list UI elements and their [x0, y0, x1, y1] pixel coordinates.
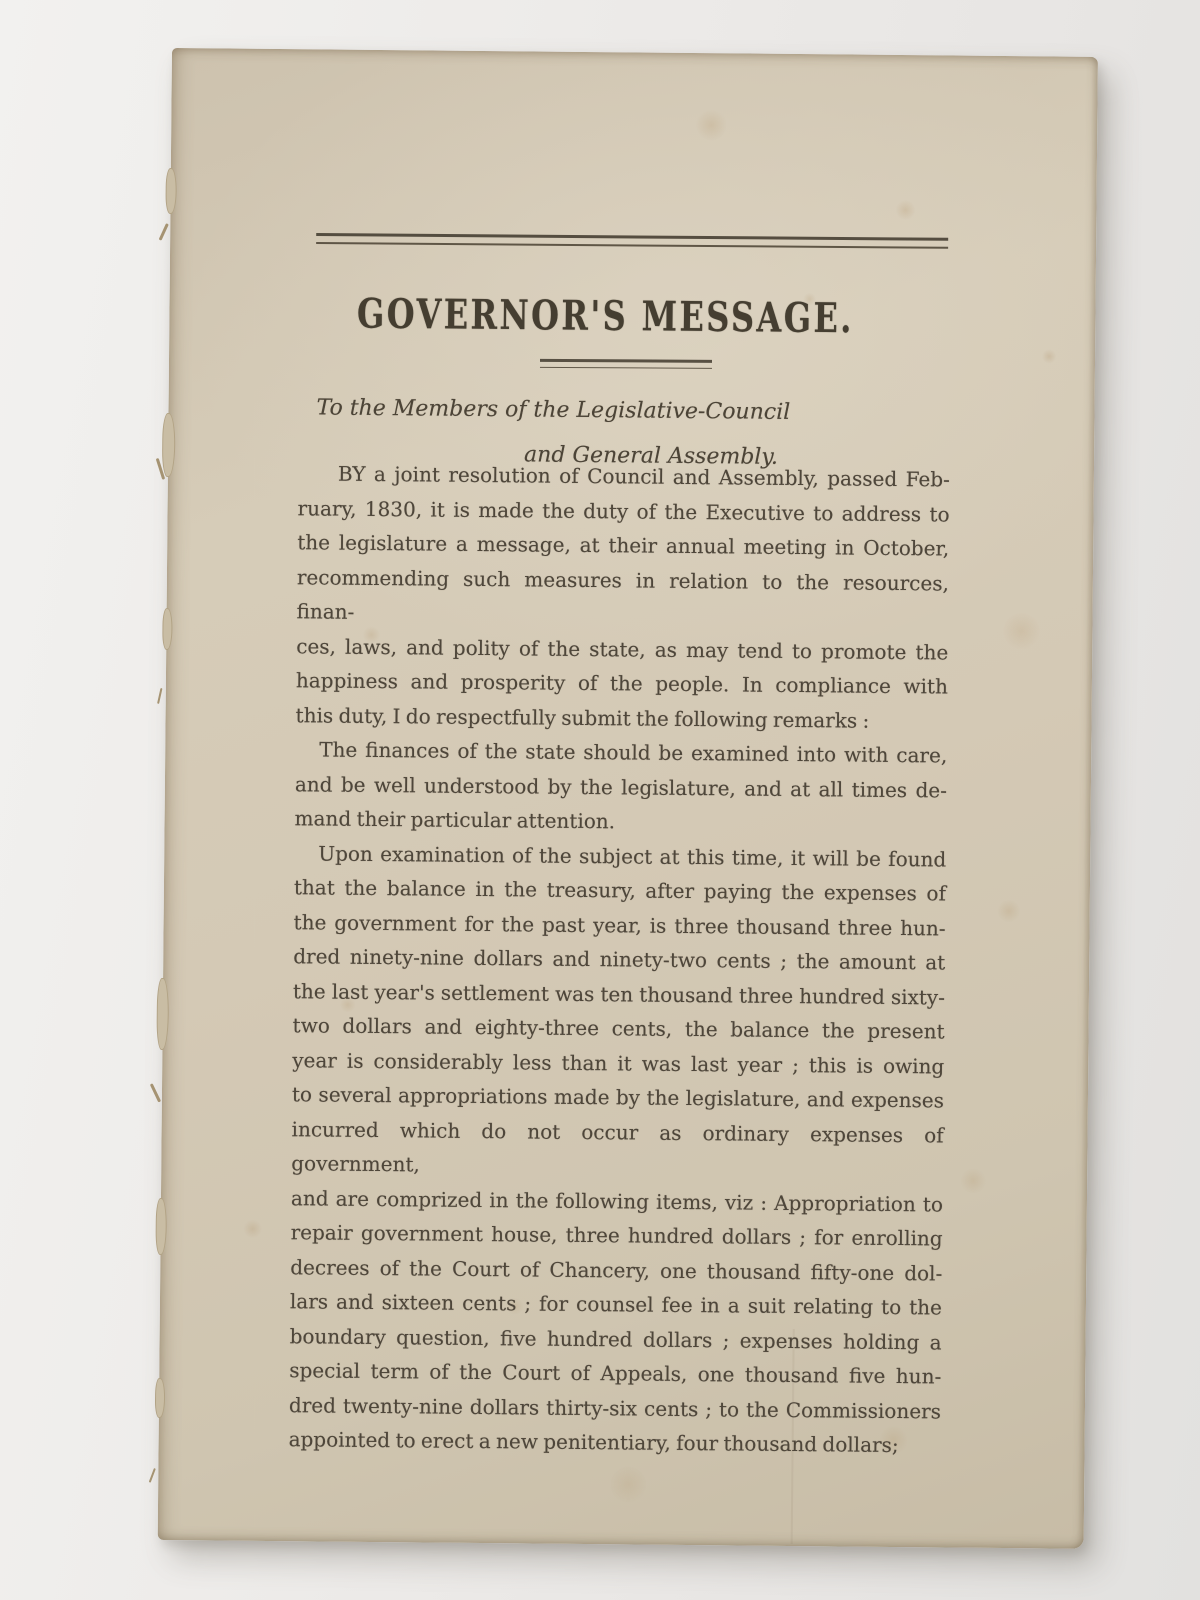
binding-thread — [149, 1468, 156, 1483]
frayed-edge-bump — [165, 168, 176, 214]
photo-backdrop: GOVERNOR'S MESSAGE. To the Members of th… — [0, 0, 1200, 1600]
body-line: two dollars and eighty-three cents, the … — [292, 1008, 944, 1049]
binding-thread — [150, 1083, 161, 1102]
body-line: appointed to erect a new penitentiary, f… — [288, 1422, 940, 1463]
frayed-edge-bump — [155, 1198, 167, 1255]
paragraph: The finances of the state should be exam… — [294, 732, 947, 842]
frayed-edge-bump — [162, 608, 172, 650]
body-line: the legislature a message, at their annu… — [297, 525, 949, 566]
body-line: special term of the Court of Appeals, on… — [289, 1353, 941, 1394]
body-line: recommending such measures in relation t… — [296, 560, 949, 635]
body-line: that the balance in the treasury, after … — [294, 870, 946, 911]
pamphlet-page: GOVERNOR'S MESSAGE. To the Members of th… — [158, 48, 1098, 1549]
body-line: mand their particular attention. — [294, 801, 946, 842]
body-line: happiness and prosperity of the people. … — [296, 663, 948, 704]
frayed-edge-bump — [156, 978, 169, 1050]
paragraph: Upon examination of the subject at this … — [288, 836, 946, 1463]
paragraph: BY a joint resolution of Council and Ass… — [295, 456, 950, 738]
binding-thread — [157, 688, 162, 704]
salutation-line-1: To the Members of the Legislative-Counci… — [298, 385, 950, 436]
body-line: repair government house, three hundred d… — [290, 1215, 942, 1256]
document-body: BY a joint resolution of Council and Ass… — [288, 456, 950, 1463]
title-underline-double-rule — [540, 359, 712, 369]
body-line: lars and sixteen cents ; for counsel fee… — [290, 1284, 942, 1325]
body-line: dred ninety-nine dollars and ninety-two … — [293, 939, 945, 980]
body-line: incurred which do not occur as ordinary … — [291, 1112, 944, 1187]
body-line: BY a joint resolution of Council and Ass… — [298, 456, 950, 497]
header-double-rule — [316, 233, 948, 249]
body-line: to several appropriations made by the le… — [292, 1077, 944, 1118]
document-title: GOVERNOR'S MESSAGE. — [344, 290, 866, 343]
frayed-edge-bump — [162, 413, 176, 477]
body-line: The finances of the state should be exam… — [295, 732, 947, 773]
frayed-edge-bump — [155, 1378, 165, 1418]
binding-thread — [159, 223, 169, 241]
